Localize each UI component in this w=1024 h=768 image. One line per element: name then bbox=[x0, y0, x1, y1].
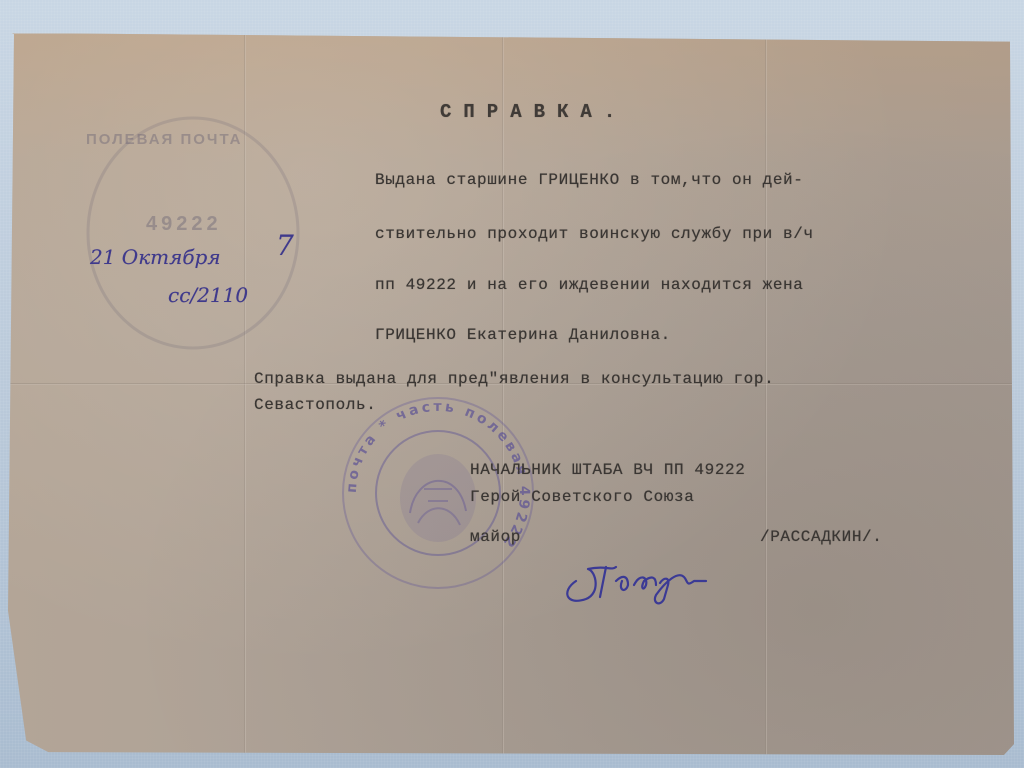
fold-crease-vertical-right bbox=[765, 33, 767, 755]
signatory-honor-title: Герой Советского Союза bbox=[470, 488, 694, 506]
signatory-position: НАЧАЛЬНИК ШТАБА ВЧ ПП 49222 bbox=[470, 461, 745, 479]
handwritten-outgoing-number: сс/2110 bbox=[168, 283, 248, 307]
document-title: СПРАВКА. bbox=[440, 101, 627, 123]
body-line-1: Выдана старшине ГРИЦЕНКО в том,что он де… bbox=[375, 171, 803, 189]
signatory-name: /РАССАДКИН/. bbox=[760, 528, 882, 546]
handwritten-year-mark: 7 bbox=[276, 229, 294, 262]
handwritten-date: 21 Октября bbox=[90, 245, 221, 269]
handwritten-signature bbox=[556, 551, 736, 611]
document-sheet: ПОЛЕВАЯ ПОЧТА 49222 21 Октября 7 сс/2110… bbox=[8, 33, 1014, 755]
seal-emblem-icon bbox=[400, 454, 476, 542]
body-line-3: пп 49222 и на его иждевении находится же… bbox=[375, 276, 803, 294]
corner-stamp-frame bbox=[78, 93, 308, 353]
body-line-4: ГРИЦЕНКО Екатерина Даниловна. bbox=[375, 326, 671, 344]
purpose-line-1: Справка выдана для пред"явления в консул… bbox=[254, 370, 774, 388]
signatory-rank: майор bbox=[470, 528, 521, 546]
body-line-2: ствительно проходит воинскую службу при … bbox=[375, 225, 814, 243]
